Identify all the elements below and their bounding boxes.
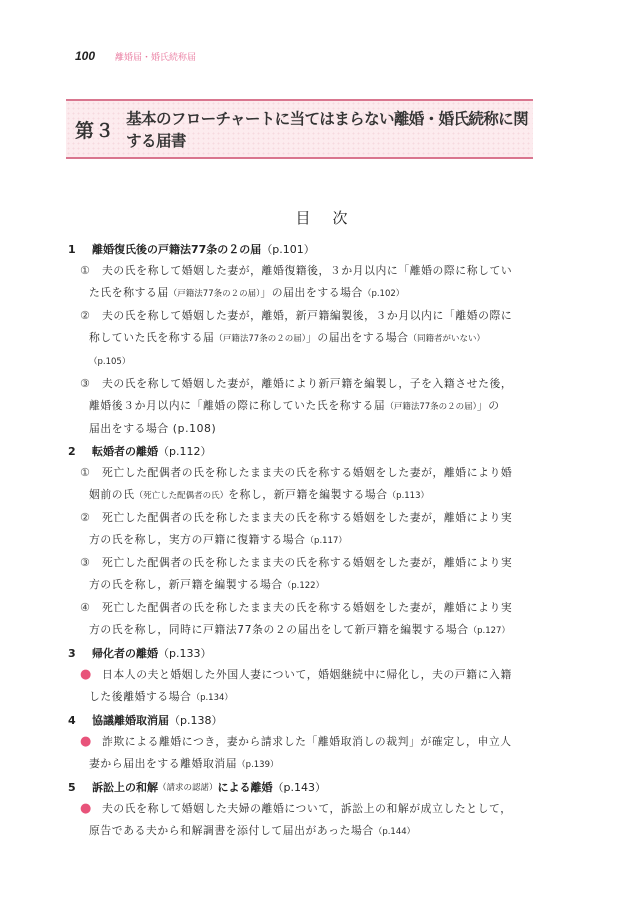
page-number: 100 <box>75 49 115 63</box>
toc-section[interactable]: 4 協議離婚取消届 （p.138） <box>68 709 548 731</box>
running-head: 100 離婚届・婚氏続称届 <box>75 49 196 63</box>
table-of-contents: 1 離婚復氏後の戸籍法77条の２の届 （p.101） ① 夫の氏を称して婚姻した… <box>68 238 548 843</box>
toc-item[interactable]: ③ 死亡した配偶者の氏を称したまま夫の氏を称する婚姻をした妻が，離婚により実 方… <box>80 552 548 597</box>
toc-item[interactable]: ④ 死亡した配偶者の氏を称したまま夫の氏を称する婚姻をした妻が，離婚により実 方… <box>80 597 548 642</box>
section-title-band: 第３ 基本のフローチャートに当てはまらない離婚・婚氏続称に関する届書 <box>66 99 533 159</box>
toc-section[interactable]: 5 訴訟上の和解 （請求の認諾） による離婚 （p.143） <box>68 776 548 798</box>
section-number: 第３ <box>75 116 126 143</box>
toc-item[interactable]: ● 夫の氏を称して婚姻した夫婦の離婚について，訴訟上の和解が成立したとして， 原… <box>80 798 548 843</box>
chapter-name: 離婚届・婚氏続称届 <box>115 50 196 63</box>
toc-item[interactable]: ① 夫の氏を称して婚姻した妻が，離婚復籍後，３か月以内に「離婚の際に称してい た… <box>80 260 548 305</box>
toc-item[interactable]: ③ 夫の氏を称して婚姻した妻が，離婚により新戸籍を編製し，子を入籍させた後， 離… <box>80 373 548 440</box>
toc-item[interactable]: ● 日本人の夫と婚姻した外国人妻について，婚姻継続中に帰化し，夫の戸籍に入籍 し… <box>80 664 548 709</box>
toc-section[interactable]: 2 転婚者の離婚 （p.112） <box>68 440 548 462</box>
toc-section[interactable]: 1 離婚復氏後の戸籍法77条の２の届 （p.101） <box>68 238 548 260</box>
toc-heading: 目次 <box>0 207 643 228</box>
toc-item[interactable]: ② 死亡した配偶者の氏を称したまま夫の氏を称する婚姻をした妻が，離婚により実 方… <box>80 507 548 552</box>
toc-item[interactable]: ② 夫の氏を称して婚姻した妻が，離婚，新戸籍編製後，３か月以内に「離婚の際に 称… <box>80 305 548 373</box>
toc-item[interactable]: ● 詐欺による離婚につき，妻から請求した「離婚取消しの裁判」が確定し，申立人 妻… <box>80 731 548 776</box>
toc-item[interactable]: ① 死亡した配偶者の氏を称したまま夫の氏を称する婚姻をした妻が，離婚により婚 姻… <box>80 462 548 507</box>
section-title: 基本のフローチャートに当てはまらない離婚・婚氏続称に関する届書 <box>126 107 533 151</box>
toc-section[interactable]: 3 帰化者の離婚 （p.133） <box>68 642 548 664</box>
